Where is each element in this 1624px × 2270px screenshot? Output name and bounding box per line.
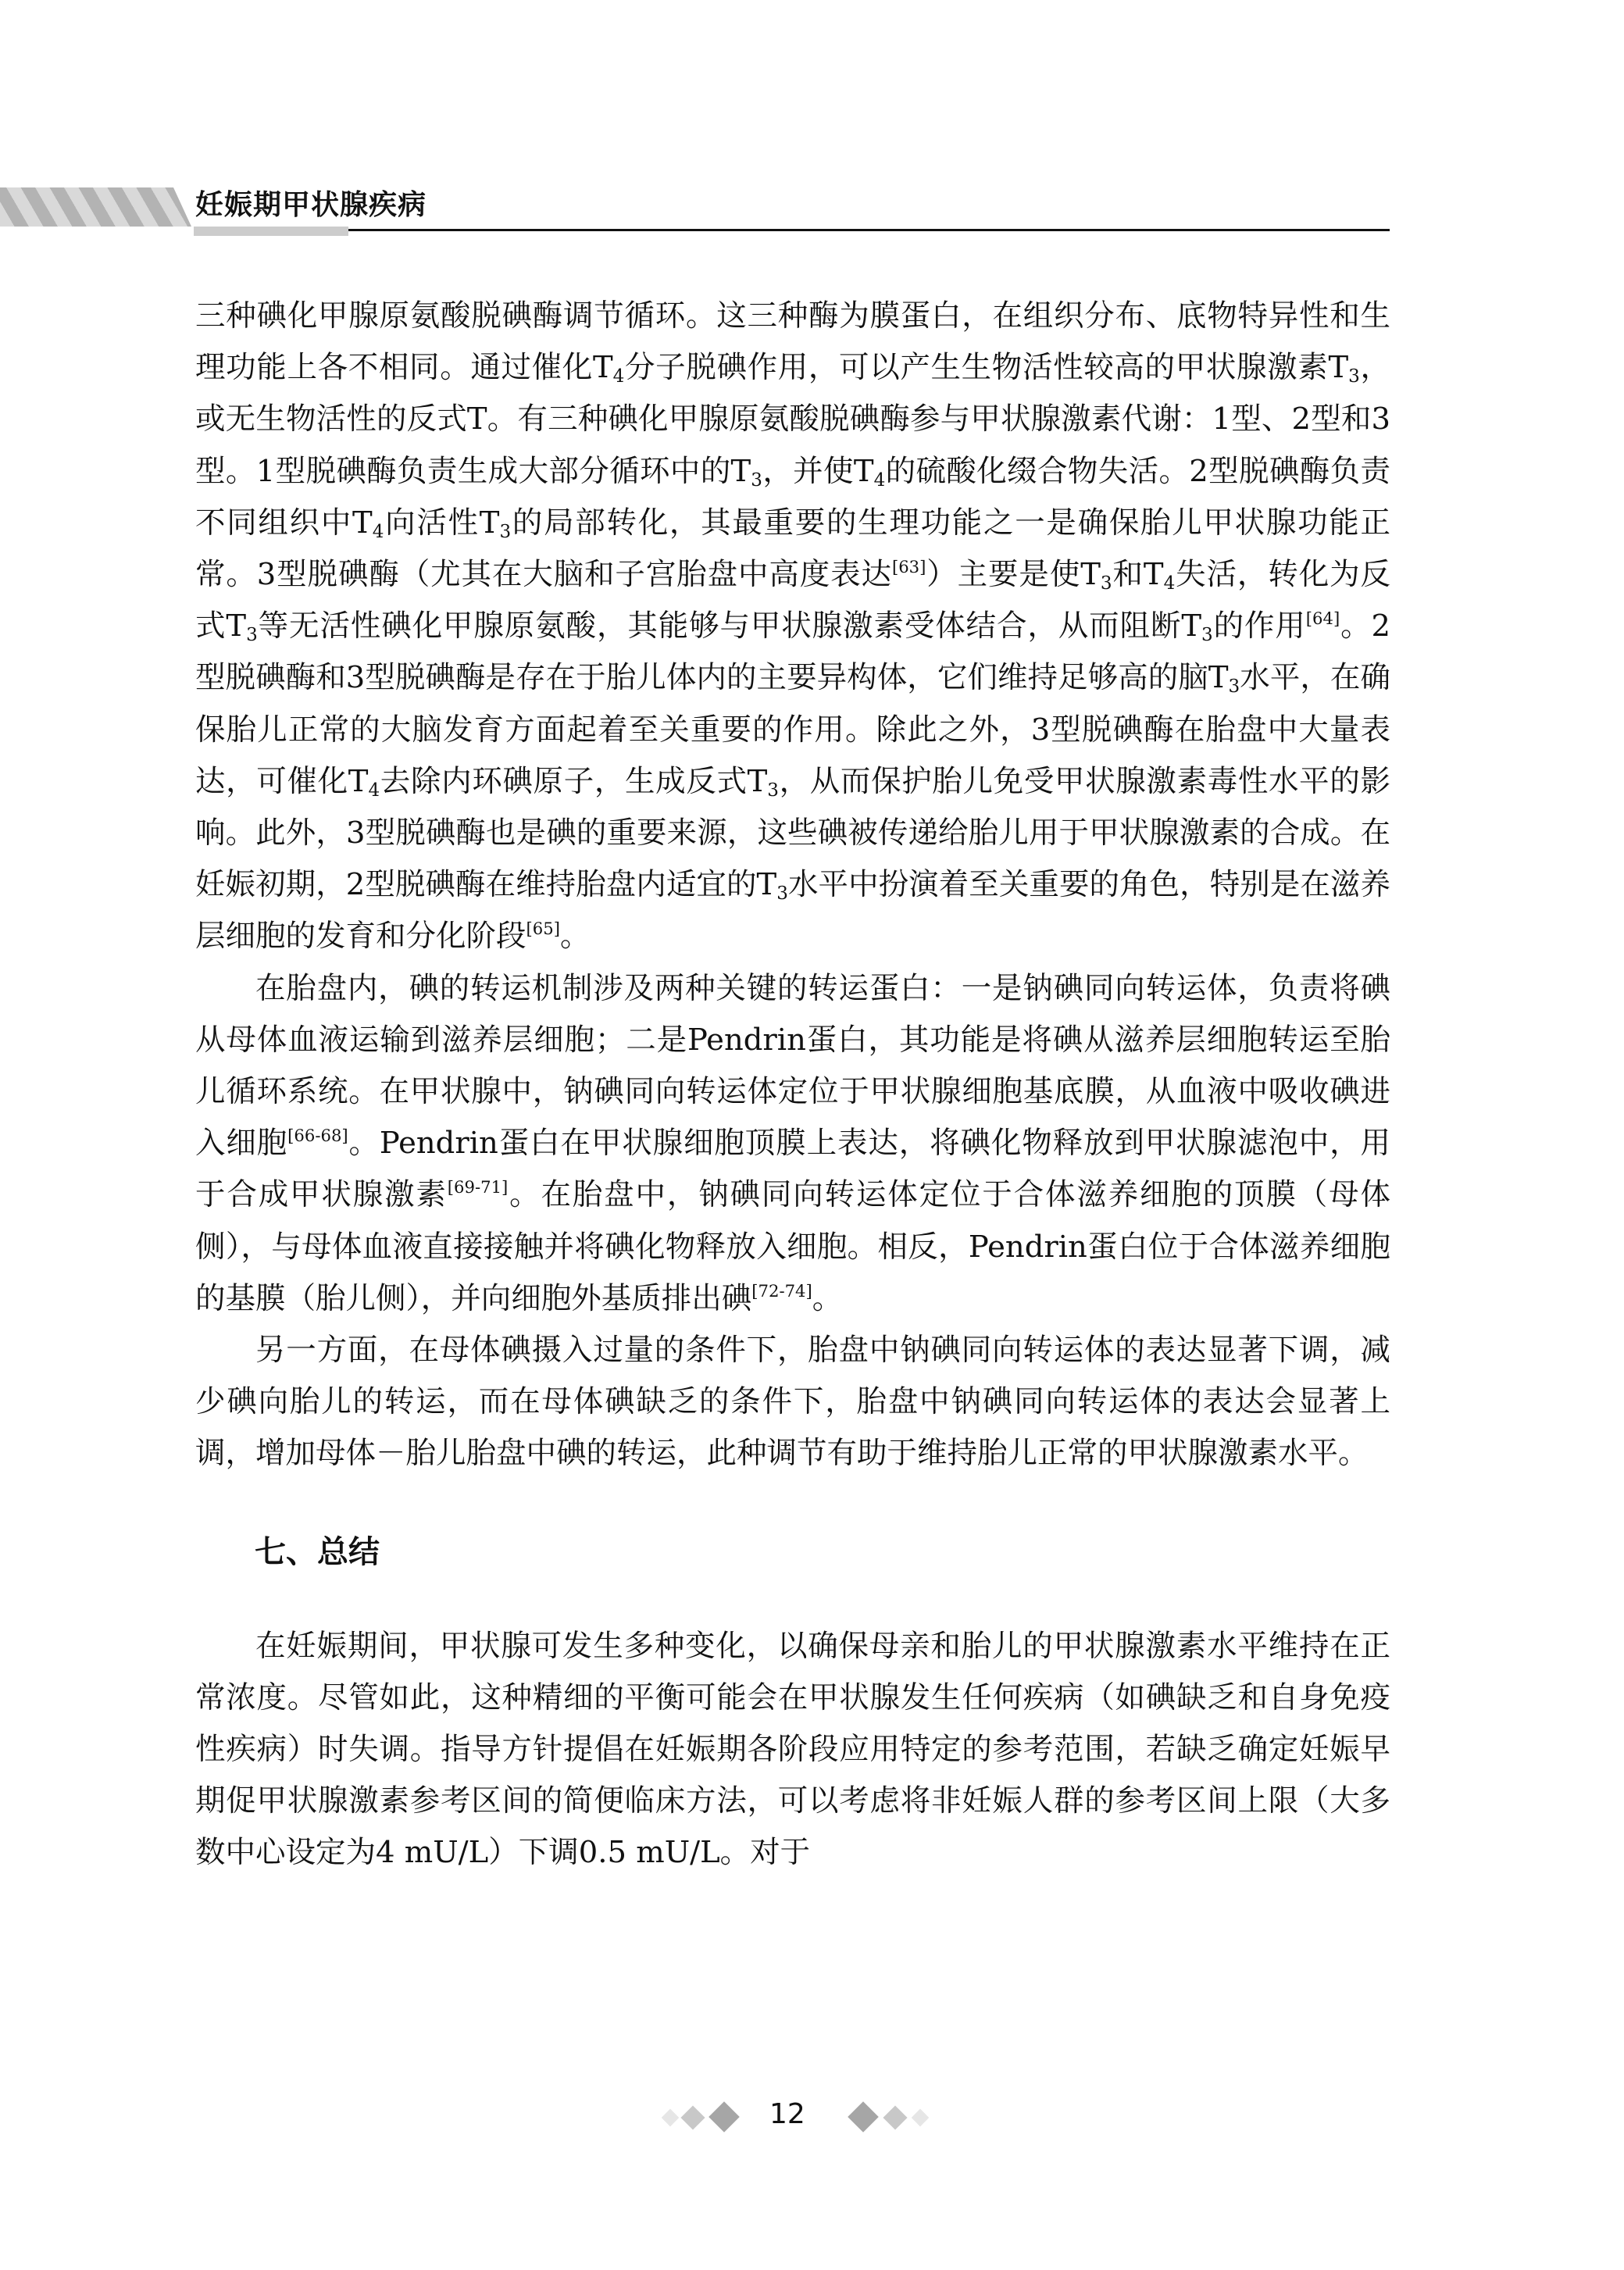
subscript: 3 — [767, 780, 779, 801]
paragraph: 三种碘化甲腺原氨酸脱碘酶调节循环。这三种酶为膜蛋白，在组织分布、底物特异性和生理… — [195, 291, 1390, 963]
running-header: 妊娠期甲状腺疾病 — [0, 187, 1624, 234]
subscript: 3 — [246, 625, 258, 645]
header-gray-bar — [194, 227, 348, 236]
paragraph: 另一方面，在母体碘摄入过量的条件下，胎盘中钠碘同向转运体的表达显著下调，减少碘向… — [195, 1325, 1390, 1480]
section-heading: 七、总结 — [255, 1529, 1390, 1576]
diamond-ornament-icon — [680, 2105, 705, 2129]
subscript: 3 — [1201, 625, 1213, 645]
diamond-ornament-icon — [708, 2101, 740, 2133]
subscript: 3 — [776, 883, 788, 904]
subscript: 4 — [373, 522, 384, 542]
subscript: 4 — [1164, 573, 1176, 594]
citation-reference: [72-74] — [751, 1281, 812, 1301]
citation-reference: [66-68] — [287, 1126, 348, 1145]
subscript: 3 — [751, 469, 762, 490]
paragraph: 在妊娠期间，甲状腺可发生多种变化，以确保母亲和胎儿的甲状腺激素水平维持在正常浓度… — [195, 1621, 1390, 1879]
citation-reference: [64] — [1306, 609, 1340, 628]
subscript: 4 — [874, 469, 886, 490]
diamond-ornament-icon — [662, 2109, 680, 2127]
header-rule — [348, 229, 1390, 231]
page-number: 12 — [769, 2098, 805, 2130]
header-stripe-decoration — [0, 187, 191, 227]
subscript: 4 — [613, 366, 625, 387]
subscript: 3 — [1229, 676, 1240, 697]
page-body: 三种碘化甲腺原氨酸脱碘酶调节循环。这三种酶为膜蛋白，在组织分布、底物特异性和生理… — [195, 291, 1390, 1879]
diamond-ornament-icon — [848, 2101, 879, 2133]
citation-reference: [63] — [892, 557, 926, 576]
subscript: 3 — [1348, 366, 1360, 387]
diamond-ornament-icon — [883, 2105, 907, 2129]
paragraph: 在胎盘内，碘的转运机制涉及两种关键的转运蛋白：一是钠碘同向转运体，负责将碘从母体… — [195, 963, 1390, 1325]
citation-reference: [69-71] — [448, 1178, 509, 1197]
subscript: 3 — [499, 522, 511, 542]
page-footer: 12 — [0, 2098, 1624, 2137]
running-title: 妊娠期甲状腺疾病 — [195, 183, 427, 223]
subscript: 4 — [368, 780, 380, 801]
subscript: 3 — [1101, 573, 1112, 594]
diamond-ornament-icon — [912, 2109, 930, 2127]
citation-reference: [65] — [526, 919, 560, 939]
